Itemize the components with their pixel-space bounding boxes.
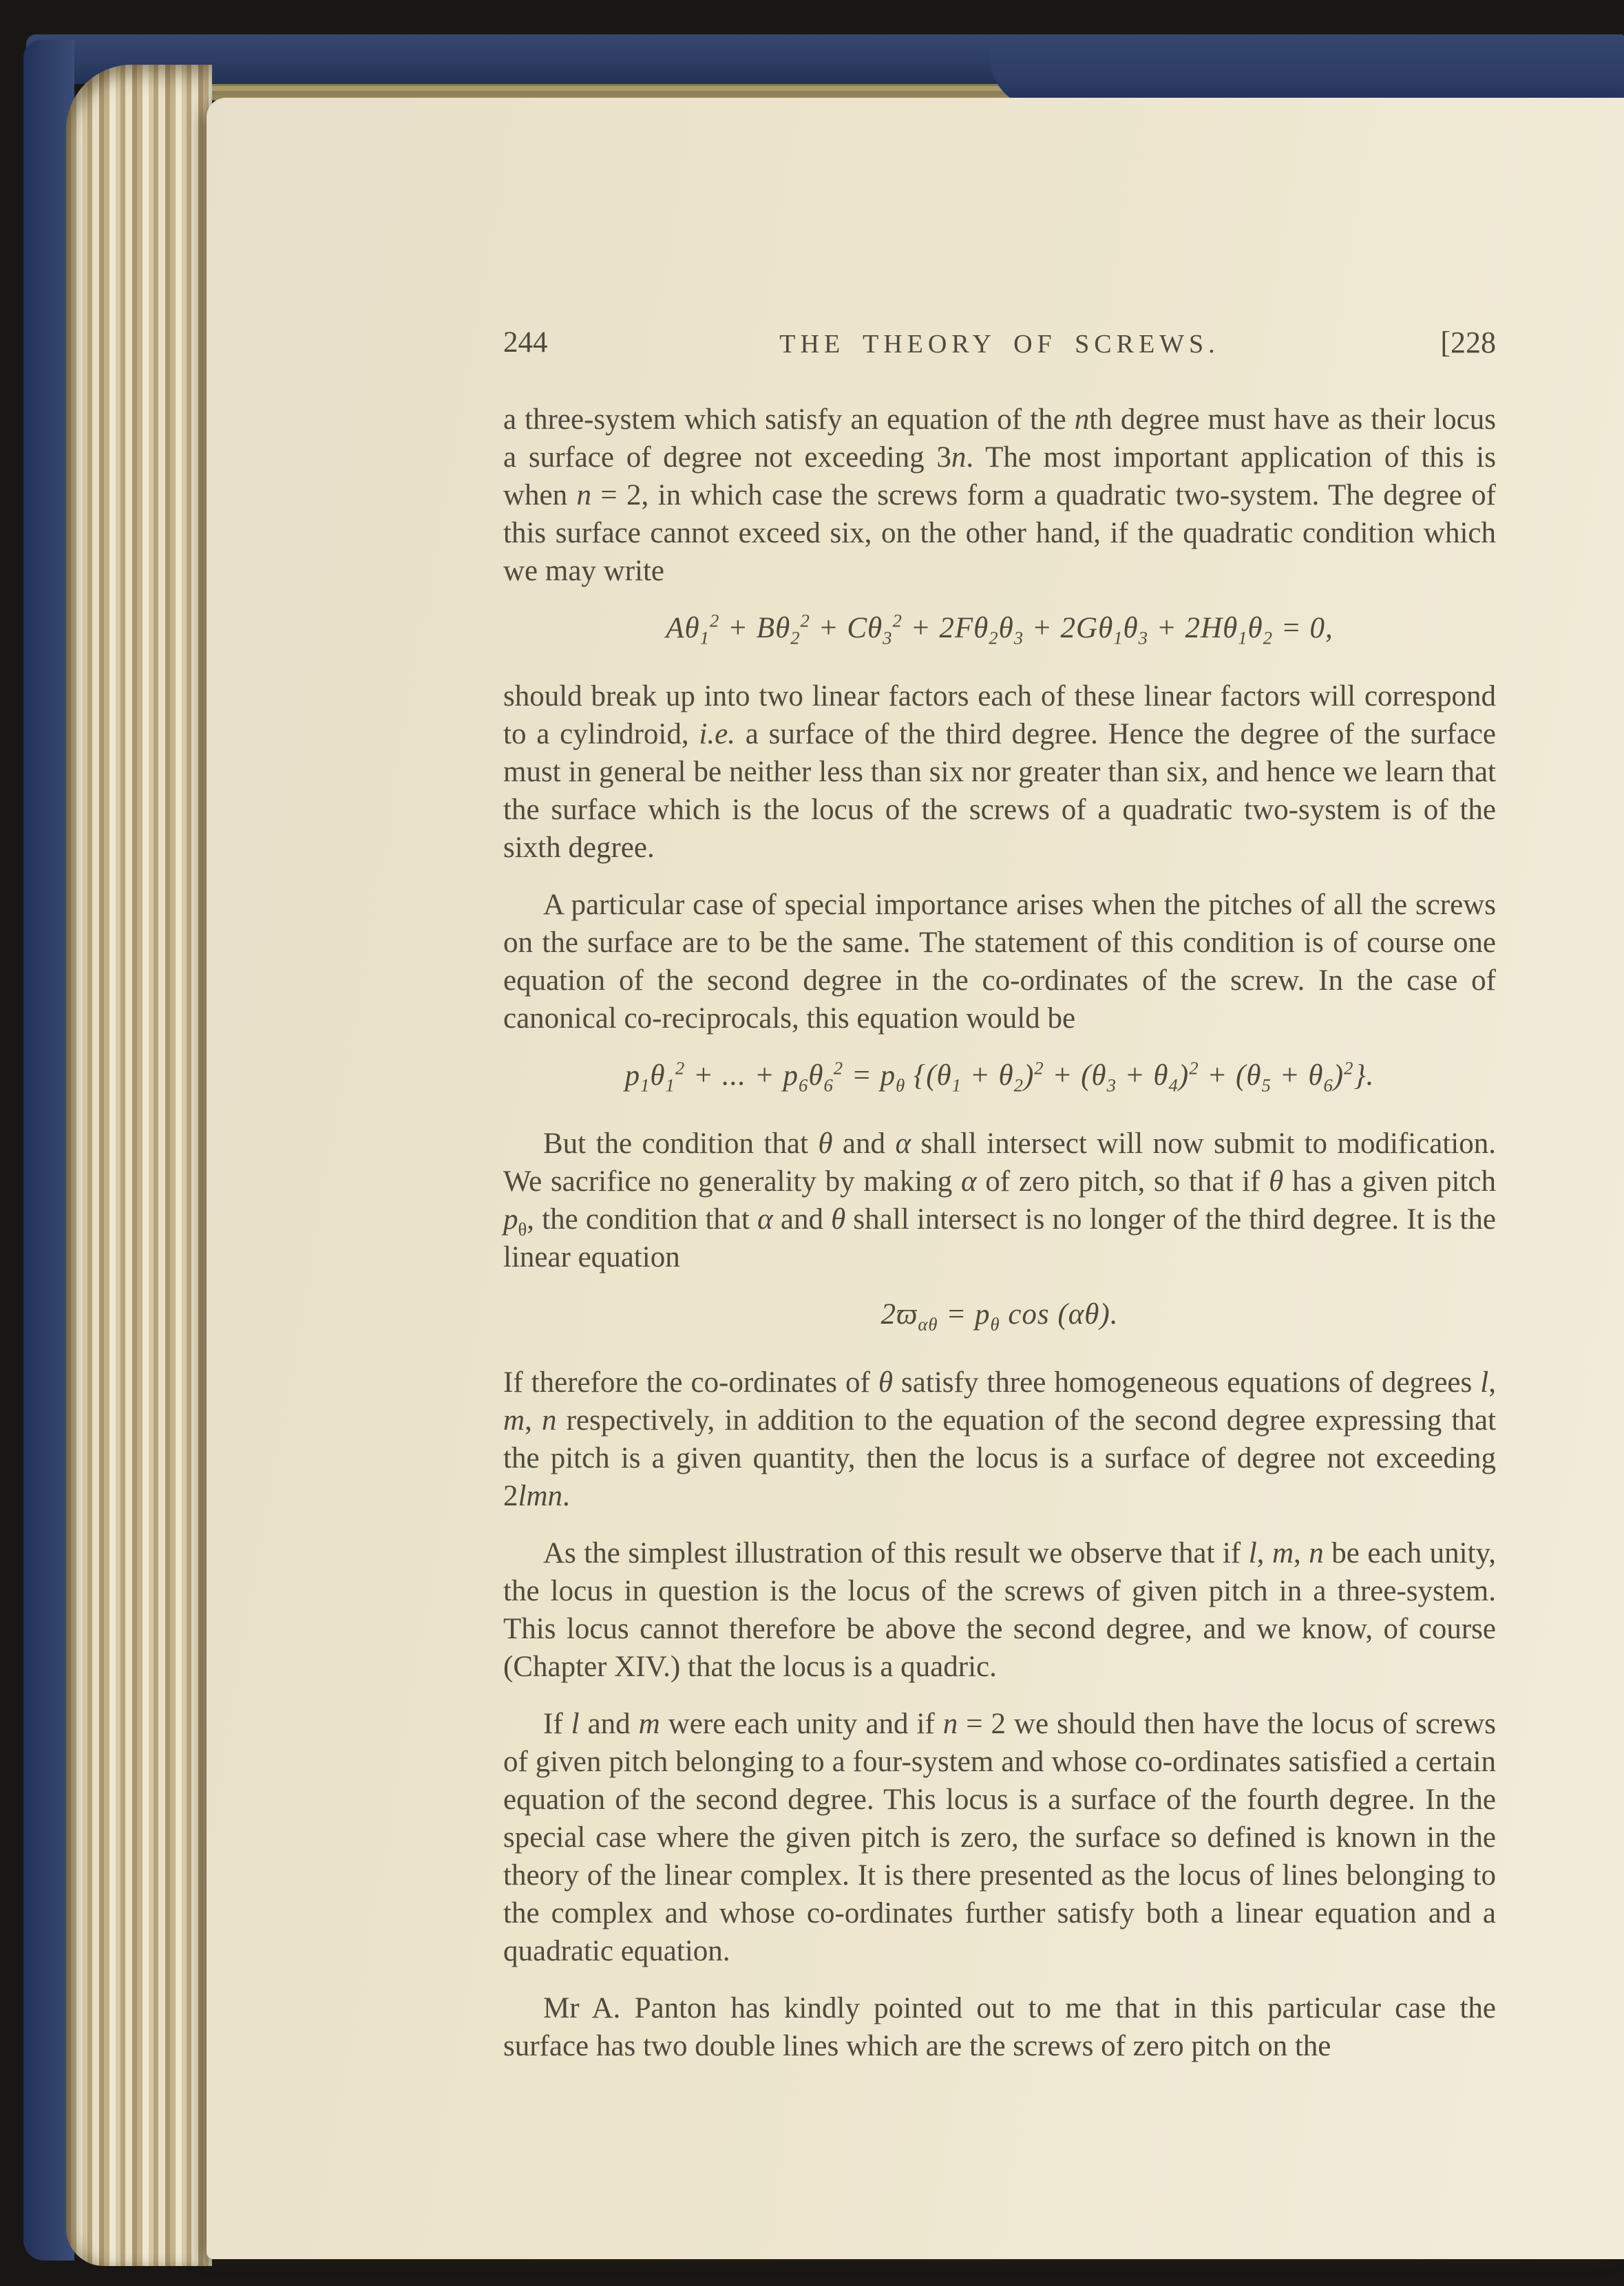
display-equation: 2ϖαθ = pθ cos (αθ). [503, 1295, 1496, 1333]
body-paragraph: Mr A. Panton has kindly pointed out to m… [503, 1989, 1496, 2065]
text-column: a three-system which satisfy an equation… [503, 401, 1496, 2065]
body-paragraph: If l and m were each unity and if n = 2 … [503, 1705, 1496, 1970]
book-page: 244 THE THEORY OF SCREWS. [228 a three-s… [207, 98, 1624, 2259]
body-paragraph: A particular case of special importance … [503, 886, 1496, 1037]
body-paragraph: As the simplest illustration of this res… [503, 1534, 1496, 1686]
body-paragraph: If therefore the co-ordinates of θ satis… [503, 1364, 1496, 1515]
display-equation: p1θ12 + ... + p6θ62 = pθ {(θ1 + θ2)2 + (… [503, 1057, 1496, 1094]
section-number: [228 [1440, 324, 1496, 362]
book-photograph: 244 THE THEORY OF SCREWS. [228 a three-s… [0, 0, 1624, 2286]
page-edge-stack [66, 65, 212, 2266]
body-paragraph: should break up into two linear factors … [503, 677, 1496, 867]
page-header: 244 THE THEORY OF SCREWS. [228 [503, 324, 1496, 362]
book-cover-top-right-corner [991, 36, 1624, 107]
display-equation: Aθ12 + Bθ22 + Cθ32 + 2Fθ2θ3 + 2Gθ1θ3 + 2… [503, 609, 1496, 647]
running-title: THE THEORY OF SCREWS. [503, 325, 1496, 363]
body-paragraph: But the condition that θ and α shall int… [503, 1125, 1496, 1276]
page-content: 244 THE THEORY OF SCREWS. [228 a three-s… [503, 324, 1496, 2084]
body-paragraph: a three-system which satisfy an equation… [503, 401, 1496, 590]
